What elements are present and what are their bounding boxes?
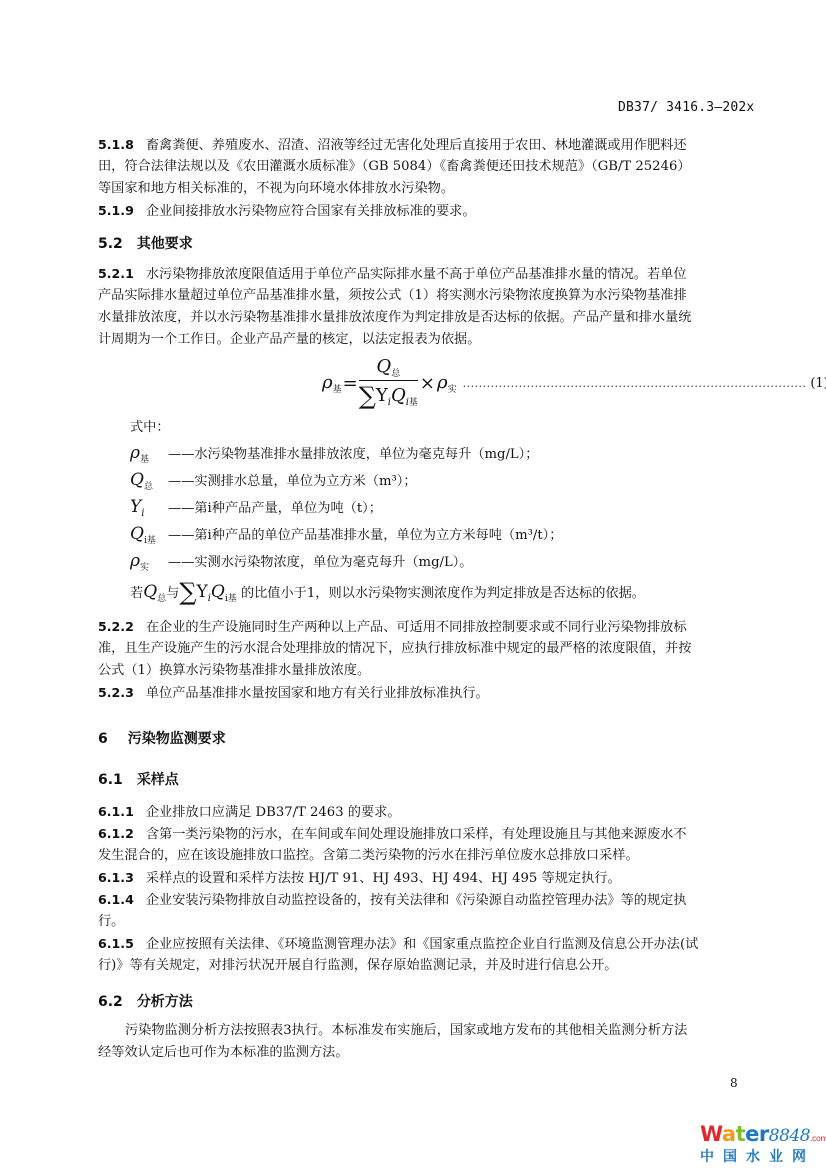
- clause-number: 6.1.3: [98, 870, 134, 885]
- clause-number: 5.1.8: [98, 137, 134, 152]
- heading-number: 6: [98, 731, 108, 747]
- sigma-icon: ∑: [179, 578, 196, 606]
- clause-text: 田，符合法律法规以及《农田灌溉水质标准》（GB 5084）《畜禽粪便还田技术规范…: [98, 157, 691, 177]
- numerator: Q总: [359, 356, 418, 381]
- denominator: ∑YiQi基: [359, 381, 418, 410]
- ratio-note: 若Q总与∑YiQi基 的比值小于1，则以水污染物实测浓度作为判定排放是否达标的依…: [130, 582, 645, 609]
- section-heading-6: 6污染物监测要求: [98, 728, 226, 748]
- clause-text: 企业安装污染物排放自动监控设备的，按有关法律和《污染源自动监控管理办法》等的规定…: [146, 893, 687, 908]
- clause-number: 5.2.1: [98, 266, 134, 281]
- definition-row: Qi基——第i种产品的单位产品基准排水量，单位为立方米每吨（m³/t）；: [130, 524, 562, 546]
- rho-symbol: ρ实: [437, 372, 457, 395]
- watermark-brand-chinese: 中国水业网: [700, 1146, 826, 1166]
- watermark-brand: Water8848.com: [700, 1122, 826, 1146]
- clause-text: 公式（1）换算水污染物基准排水量排放浓度。: [98, 661, 370, 681]
- clause-text: 行)》等有关规定，对排污状况开展自行监测，保存原始监测记录，并及时进行信息公开。: [98, 956, 617, 976]
- clause-number: 5.1.9: [98, 203, 134, 218]
- section-heading-6-1: 6.1采样点: [98, 769, 179, 789]
- clause-text: 计周期为一个工作日。企业产品产量的核定，以法定报表为依据。: [98, 330, 480, 350]
- equals-sign: =: [343, 373, 358, 394]
- where-label: 式中：: [130, 418, 170, 438]
- clause-text: 准，且生产设施产生的污水混合处理排放的情况下，应执行排放标准中规定的最严格的浓度…: [98, 639, 691, 659]
- section-heading-5-2: 5.2其他要求: [98, 233, 193, 253]
- clause-text: 企业间接排放水污染物应符合国家有关排放标准的要求。: [146, 204, 476, 219]
- heading-title: 分析方法: [137, 994, 193, 1010]
- clause-text: 含第一类污染物的污水，在车间或车间处理设施排放口采样，有处理设施且与其他来源废水…: [146, 827, 687, 842]
- clause-text: 产品实际排水量超过单位产品基准排水量，须按公式（1）将实测水污染物浓度换算为水污…: [98, 286, 687, 306]
- clause-text: 企业应按照有关法律、《环境监测管理办法》和《国家重点监控企业自行监测及信息公开办…: [146, 937, 698, 952]
- heading-title: 采样点: [137, 772, 179, 788]
- sigma-icon: ∑: [359, 382, 376, 410]
- rho-symbol: ρ基: [322, 372, 342, 395]
- heading-number: 6.1: [98, 772, 123, 788]
- clause-number: 5.2.3: [98, 685, 134, 700]
- heading-title: 其他要求: [137, 236, 193, 252]
- heading-title: 污染物监测要求: [128, 731, 226, 747]
- clause-text: 水污染物排放浓度限值适用于单位产品实际排水量不高于单位产品基准排水量的情况。若单…: [146, 267, 687, 282]
- clause-number: 6.1.2: [98, 826, 134, 841]
- times-sign: ×: [420, 373, 435, 394]
- clause-text: 单位产品基准排水量按国家和地方有关行业排放标准执行。: [146, 686, 489, 701]
- clause-number: 5.2.2: [98, 619, 134, 634]
- document-id: DB37/ 3416.3—202x: [618, 100, 754, 115]
- clause-6-1-3: 6.1.3采样点的设置和采样方法按 HJ/T 91、HJ 493、HJ 494、…: [98, 868, 621, 889]
- formula-label: (1): [810, 376, 826, 391]
- clause-number: 6.1.1: [98, 804, 134, 819]
- definition-row: Q总——实测排水总量，单位为立方米（m³）；: [130, 470, 417, 492]
- clause-number: 6.1.4: [98, 892, 134, 907]
- formula-1: ρ基 = Q总 ∑YiQi基 × ρ实 ....................…: [322, 358, 826, 408]
- clause-5-2-3: 5.2.3单位产品基准排水量按国家和地方有关行业排放标准执行。: [98, 683, 489, 704]
- clause-6-1-1: 6.1.1企业排放口应满足 DB37/T 2463 的要求。: [98, 802, 401, 823]
- clause-text: 畜禽粪便、养殖废水、沼渣、沼液等经过无害化处理后直接用于农田、林地灌溉或用作肥料…: [146, 138, 687, 153]
- definition-row: Yi——第i种产品产量，单位为吨（t）；: [130, 497, 382, 519]
- clause-text: 发生混合的，应在该设施排放口监控。含第二类污染物的污水在排污单位废水总排放口采样…: [98, 846, 639, 866]
- heading-number: 6.2: [98, 994, 123, 1010]
- clause-text: 采样点的设置和采样方法按 HJ/T 91、HJ 493、HJ 494、HJ 49…: [146, 871, 621, 886]
- paragraph-text: 污染物监测分析方法按照表3执行。本标准发布实施后，国家或地方发布的其他相关监测分…: [125, 1021, 687, 1041]
- clause-number: 6.1.5: [98, 936, 134, 951]
- clause-text: 在企业的生产设施同时生产两种以上产品、可适用不同排放控制要求或不同行业污染物排放…: [146, 620, 687, 635]
- fraction: Q总 ∑YiQi基: [359, 356, 418, 410]
- definition-row: ρ实——实测水污染物浓度，单位为毫克每升（mg/L）。: [130, 551, 472, 573]
- clause-text: 行。: [98, 912, 124, 932]
- definition-row: ρ基——水污染物基准排水量排放浓度，单位为毫克每升（mg/L）；: [130, 443, 538, 465]
- paragraph-text: 经等效认定后也可作为本标准的监测方法。: [98, 1043, 349, 1063]
- section-heading-6-2: 6.2分析方法: [98, 991, 193, 1011]
- watermark-logo: Water8848.com 中国水业网: [700, 1122, 826, 1166]
- clause-text: 水量排放浓度，并以水污染物基准排水量排放浓度作为判定排放是否达标的依据。产品产量…: [98, 308, 691, 328]
- page-number: 8: [730, 1076, 738, 1090]
- clause-text: 等国家和地方相关标准的，不视为向环境水体排放水污染物。: [98, 179, 454, 199]
- clause-5-1-9: 5.1.9企业间接排放水污染物应符合国家有关排放标准的要求。: [98, 201, 476, 222]
- dot-leader: ........................................…: [463, 377, 807, 390]
- clause-text: 企业排放口应满足 DB37/T 2463 的要求。: [146, 805, 401, 820]
- heading-number: 5.2: [98, 236, 123, 252]
